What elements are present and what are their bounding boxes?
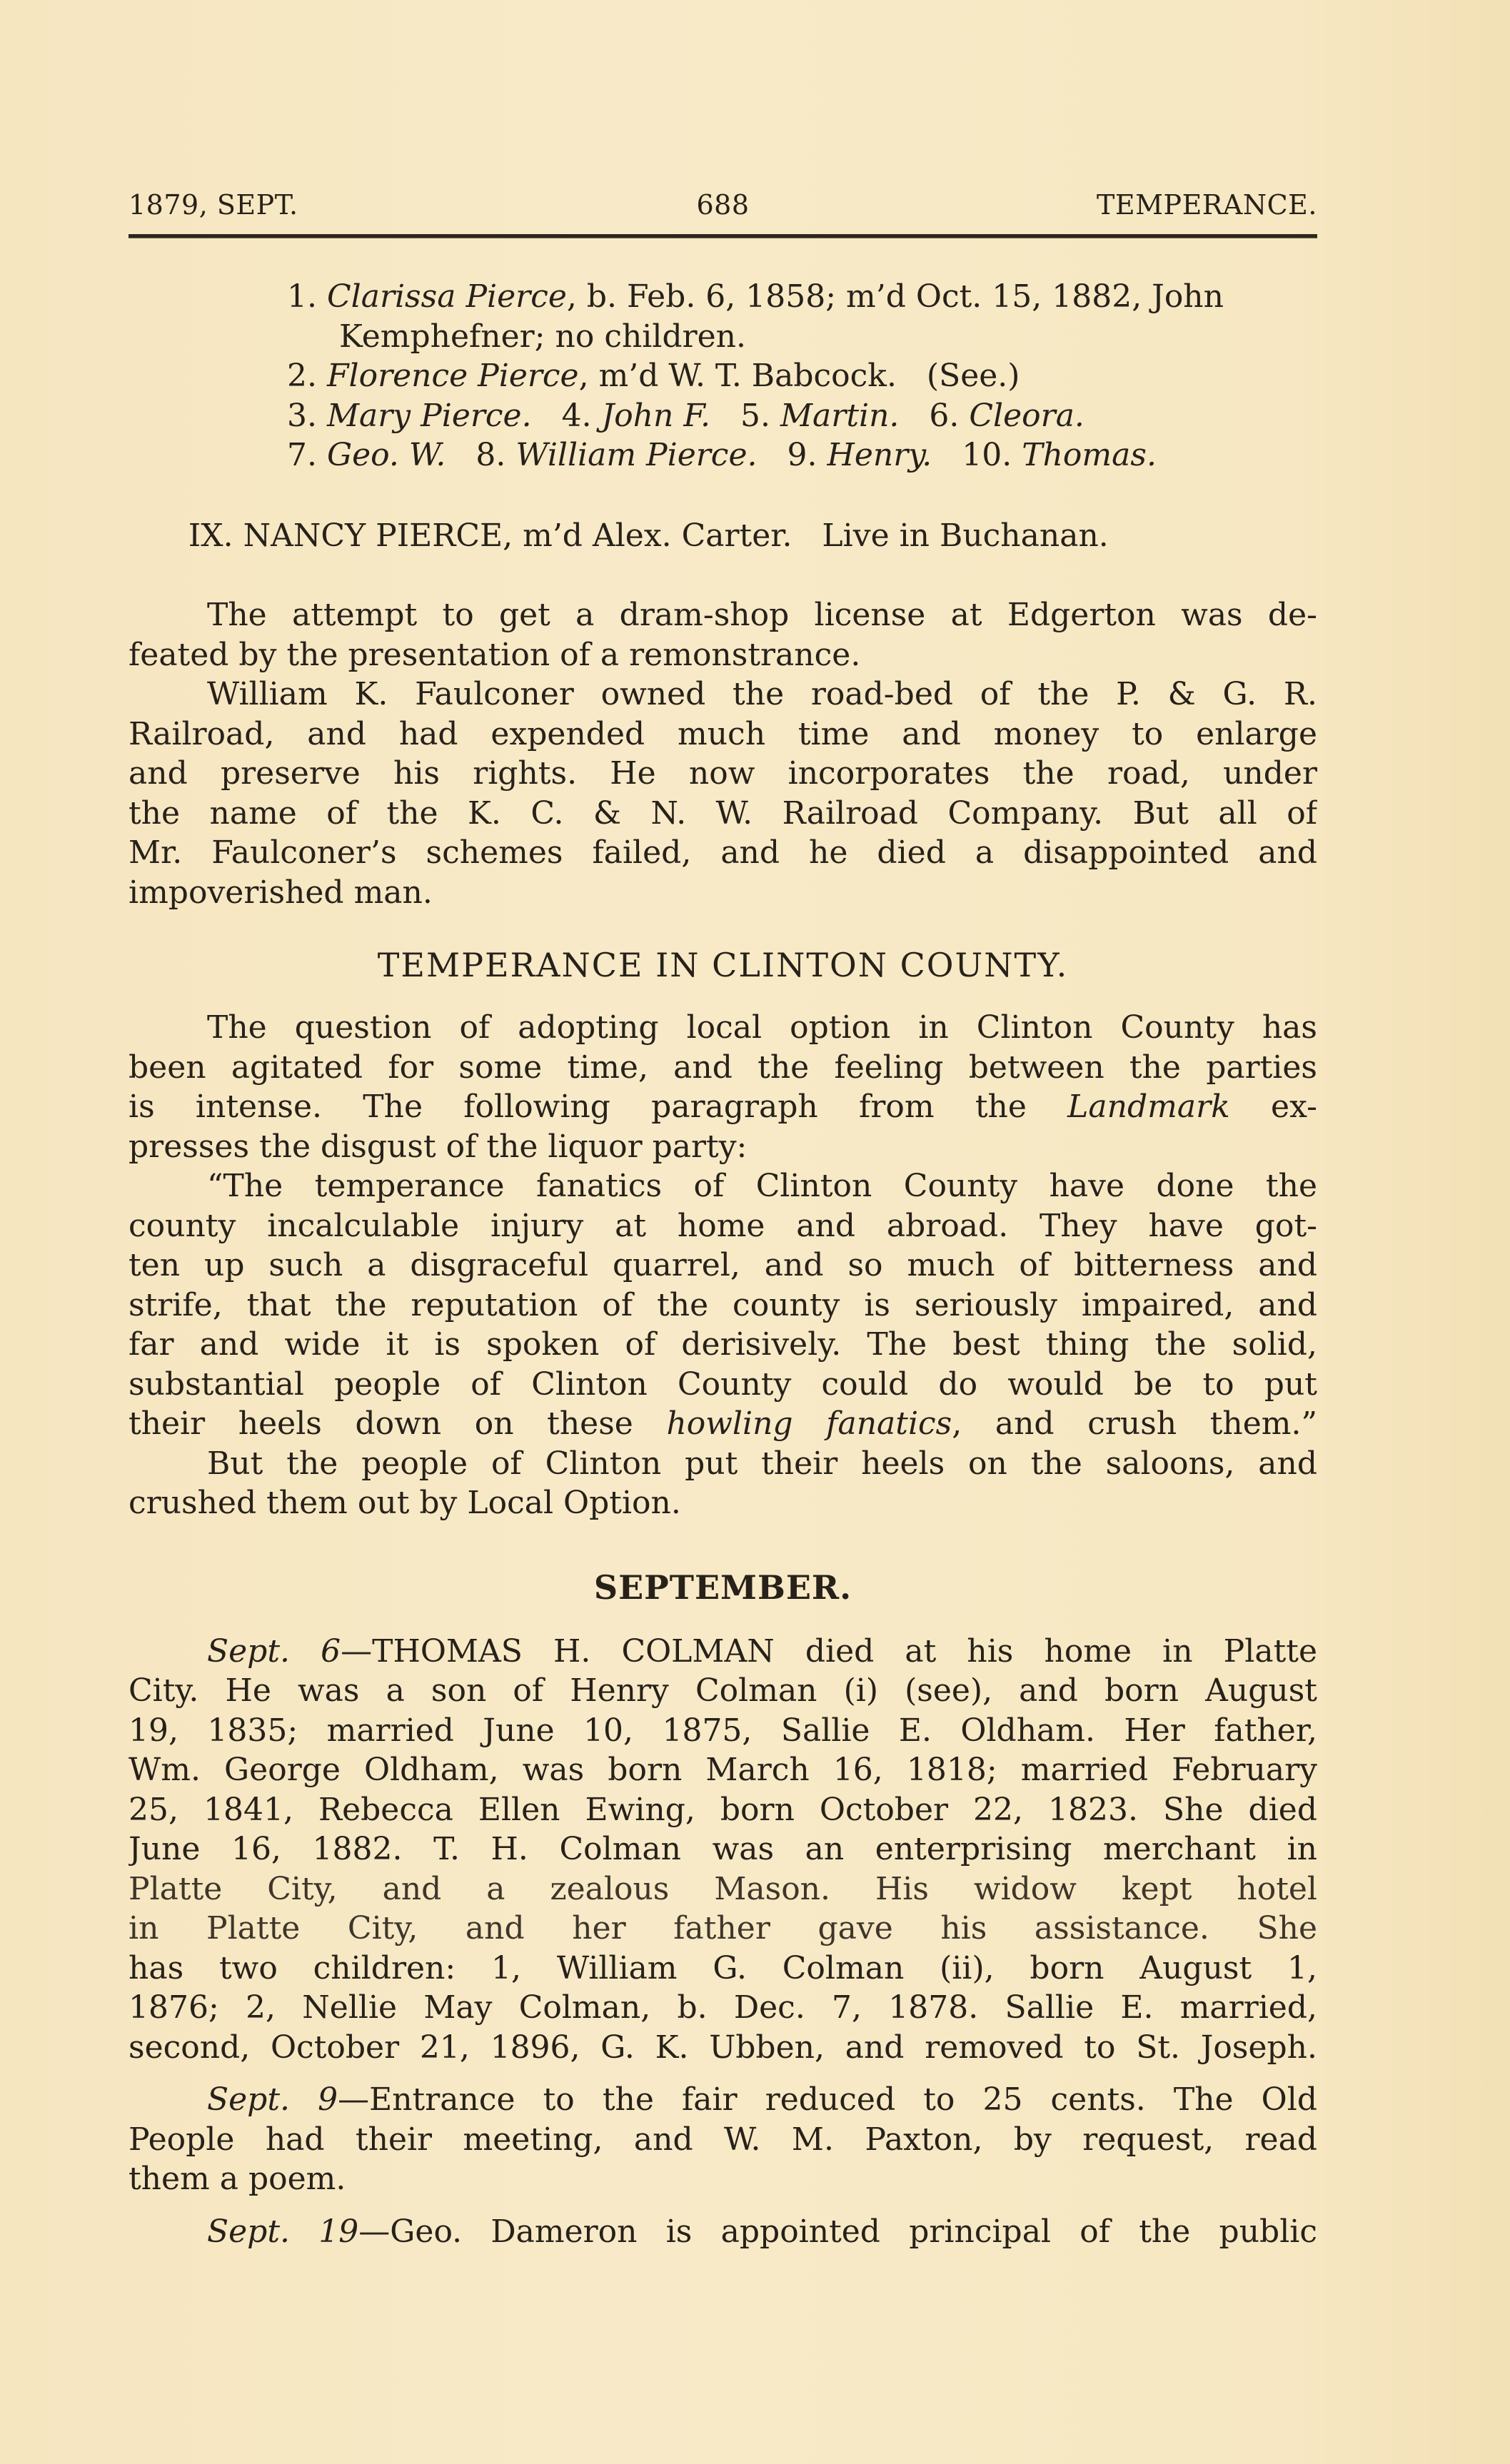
dash: —: [358, 2213, 390, 2250]
child-name: Thomas.: [1022, 437, 1157, 473]
entry-date: Sept. 9: [207, 2081, 338, 2118]
list-number: 1.: [287, 278, 317, 315]
text-line: People had their meeting, and W. M. Paxt…: [129, 2120, 1317, 2160]
list-number: 9.: [787, 437, 817, 473]
list-item-continuation: Kemphefner; no children.: [129, 317, 1317, 357]
list-text: , m’d W. T. Babcock. (See.): [579, 358, 1020, 394]
text-line: impoverished man.: [129, 873, 1317, 913]
text-line: county incalculable injury at home and a…: [129, 1206, 1317, 1246]
text-line: feated by the presentation of a remonstr…: [129, 635, 1317, 675]
section-heading-september: SEPTEMBER.: [129, 1567, 1317, 1607]
text-fragment: Entrance to the fair reduced to 25 cents…: [369, 2081, 1317, 2118]
child-name: Geo. W.: [327, 437, 446, 473]
text-line: second, October 21, 1896, G. K. Ubben, a…: [129, 2028, 1317, 2068]
text-line: 1876; 2, Nellie May Colman, b. Dec. 7, 1…: [129, 1988, 1317, 2028]
child-name: Martin.: [780, 398, 899, 434]
section-clinton-body: The question of adopting local option in…: [129, 1008, 1317, 1523]
section-september-body: Sept. 6—THOMAS H. COLMAN died at his hom…: [129, 1632, 1317, 2252]
paragraph-edgerton: The attempt to get a dram-shop license a…: [129, 595, 1317, 675]
text-line: crushed them out by Local Option.: [129, 1483, 1317, 1523]
paragraph-faulconer: William K. Faulconer owned the road-bed …: [129, 675, 1317, 912]
text-fragment: their heels down on these: [129, 1405, 666, 1442]
list-number: 6.: [929, 398, 959, 434]
text-line: City. He was a son of Henry Colman (i) (…: [129, 1671, 1317, 1711]
text-line: Platte City, and a zealous Mason. His wi…: [129, 1869, 1317, 1909]
text-line: strife, that the reputation of the count…: [129, 1286, 1317, 1326]
text-line: presses the disgust of the liquor party:: [129, 1127, 1317, 1167]
text-line: 19, 1835; married June 10, 1875, Sallie …: [129, 1711, 1317, 1751]
text-line: The question of adopting local option in…: [129, 1008, 1317, 1048]
child-name: Cleora.: [969, 398, 1084, 434]
text-line: “The temperance fanatics of Clinton Coun…: [129, 1166, 1317, 1206]
running-head-title: TEMPERANCE.: [1097, 187, 1317, 223]
text-line: William K. Faulconer owned the road-bed …: [129, 675, 1317, 715]
text-fragment: is intense. The following paragraph from…: [129, 1089, 1067, 1125]
entry-date: Sept. 6: [207, 1633, 341, 1670]
child-name: Clarissa Pierce: [327, 278, 567, 315]
text-line: June 16, 1882. T. H. Colman was an enter…: [129, 1829, 1317, 1869]
text-line: Sept. 9—Entrance to the fair reduced to …: [129, 2080, 1317, 2120]
list-number: 4.: [562, 398, 592, 434]
child-name: Florence Pierce: [327, 358, 579, 394]
text-line: in Platte City, and her father gave his …: [129, 1909, 1317, 1949]
text-line: them a poem.: [129, 2159, 1317, 2199]
text-fragment: THOMAS H. COLMAN died at his home in Pla…: [372, 1633, 1317, 1670]
text-line: The attempt to get a dram-shop license a…: [129, 595, 1317, 635]
list-number: 5.: [740, 398, 770, 434]
list-item: 2. Florence Pierce, m’d W. T. Babcock. (…: [129, 356, 1317, 396]
children-list: 1. Clarissa Pierce, b. Feb. 6, 1858; m’d…: [129, 277, 1317, 475]
list-number: 10.: [962, 437, 1012, 473]
text-line: 25, 1841, Rebecca Ellen Ewing, born Octo…: [129, 1790, 1317, 1830]
paragraph-intro: The question of adopting local option in…: [129, 1008, 1317, 1166]
text-line: their heels down on these howling fanati…: [129, 1404, 1317, 1444]
entry-sept-9: Sept. 9—Entrance to the fair reduced to …: [129, 2080, 1317, 2199]
text-fragment: , and crush them.”: [952, 1405, 1317, 1442]
emphasis: howling fanatics: [666, 1405, 952, 1442]
text-line: Mr. Faulconer’s schemes failed, and he d…: [129, 833, 1317, 873]
list-row: 7. Geo. W. 8. William Pierce. 9. Henry. …: [129, 435, 1317, 475]
book-page: 1879, SEPT. 688 TEMPERANCE. 1. Clarissa …: [129, 187, 1317, 2251]
text-fragment: Geo. Dameron is appointed principal of t…: [390, 2213, 1317, 2250]
child-name: Henry.: [827, 437, 932, 473]
text-line: Wm. George Oldham, was born March 16, 18…: [129, 1750, 1317, 1790]
running-head: 1879, SEPT. 688 TEMPERANCE.: [129, 187, 1317, 224]
child-name: John F.: [602, 398, 710, 434]
text-line: But the people of Clinton put their heel…: [129, 1444, 1317, 1484]
text-line: Sept. 6—THOMAS H. COLMAN died at his hom…: [129, 1632, 1317, 1672]
text-line: is intense. The following paragraph from…: [129, 1087, 1317, 1127]
entry-ix: IX. NANCY PIERCE, m’d Alex. Carter. Live…: [129, 477, 1317, 596]
text-line: has two children: 1, William G. Colman (…: [129, 1949, 1317, 1989]
list-number: 7.: [287, 437, 317, 473]
text-line: been agitated for some time, and the fee…: [129, 1048, 1317, 1088]
child-name: William Pierce.: [515, 437, 757, 473]
text-line: Sept. 19—Geo. Dameron is appointed princ…: [129, 2212, 1317, 2252]
text-line: ten up such a disgraceful quarrel, and s…: [129, 1246, 1317, 1286]
dash: —: [338, 2081, 369, 2118]
entry-date: Sept. 19: [207, 2213, 358, 2250]
child-name: Mary Pierce.: [327, 398, 532, 434]
text-line: and preserve his rights. He now incorpor…: [129, 754, 1317, 794]
body-text-top: IX. NANCY PIERCE, m’d Alex. Carter. Live…: [129, 477, 1317, 913]
entry-sept-19: Sept. 19—Geo. Dameron is appointed princ…: [129, 2212, 1317, 2252]
text-line: Railroad, and had expended much time and…: [129, 715, 1317, 754]
entry-numeral: IX.: [188, 517, 233, 554]
running-head-date: 1879, SEPT.: [129, 187, 298, 223]
dash: —: [341, 1633, 372, 1670]
block-quote: “The temperance fanatics of Clinton Coun…: [129, 1166, 1317, 1444]
list-text: , b. Feb. 6, 1858; m’d Oct. 15, 1882, Jo…: [567, 278, 1224, 315]
list-number: 2.: [287, 358, 317, 394]
list-item: 1. Clarissa Pierce, b. Feb. 6, 1858; m’d…: [129, 277, 1317, 317]
section-heading-clinton: TEMPERANCE IN CLINTON COUNTY.: [129, 945, 1317, 985]
paragraph-conclusion: But the people of Clinton put their heel…: [129, 1444, 1317, 1523]
text-line: substantial people of Clinton County cou…: [129, 1365, 1317, 1405]
entry-text: NANCY PIERCE, m’d Alex. Carter. Live in …: [243, 517, 1109, 554]
entry-sept-6: Sept. 6—THOMAS H. COLMAN died at his hom…: [129, 1632, 1317, 2068]
text-line: far and wide it is spoken of derisively.…: [129, 1325, 1317, 1365]
list-row: 3. Mary Pierce. 4. John F. 5. Martin. 6.…: [129, 396, 1317, 436]
header-rule: [129, 234, 1317, 238]
text-fragment: ex-: [1230, 1089, 1317, 1125]
text-line: the name of the K. C. & N. W. Railroad C…: [129, 794, 1317, 834]
newspaper-title: Landmark: [1067, 1089, 1230, 1125]
list-number: 8.: [475, 437, 505, 473]
list-number: 3.: [287, 398, 317, 434]
